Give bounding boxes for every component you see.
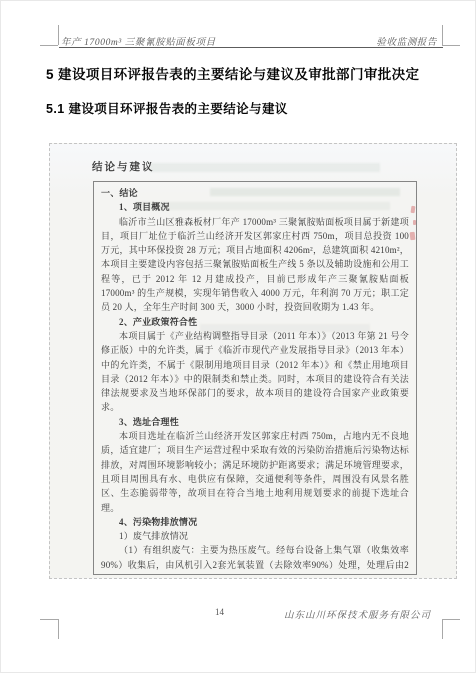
document-page: 年产 17000m³ 三聚氰胺贴面板项目 验收监测报告 5 建设项目环评报告表的… [0,0,476,673]
header-report-title: 验收监测报告 [376,34,437,48]
crop-mark-top-right-v [442,25,443,45]
paragraph-policy: 本项目属于《产业结构调整指导目录（2011 年本）》（2013 年第 21 号令… [101,329,409,415]
paragraph-siting: 本项目选址在临沂兰山经济开发区郭家庄村西 750m，占地内无不良地质，适宜建厂；… [101,429,409,515]
crop-mark-top-right-h [442,45,460,46]
crop-mark-top-left-h [40,45,58,46]
item-heading-overview: 1、项目概况 [101,200,409,214]
crop-mark-bottom-left-v [58,619,59,639]
footer-page-number: 14 [215,607,224,617]
crop-mark-bottom-right-v [442,619,443,639]
bleedthrough-artifact [150,163,380,172]
paragraph-organized-gas: （1）有组织废气：主要为热压废气。经每台设备上集气罩（收集效率90%）收集后，由… [101,543,409,575]
item-heading-pollutants: 4、污染物排放情况 [101,515,409,529]
header-project-title: 年产 17000m³ 三聚氰胺贴面板项目 [61,34,216,48]
scanned-conclusion-image: 结论与建议 一、结论 1、项目概况 临沂市兰山区雅森板材厂年产 17000m³ … [49,143,457,579]
conclusion-heading: 一、结论 [101,186,409,200]
item-heading-siting: 3、选址合理性 [101,415,409,429]
scan-title: 结论与建议 [92,159,155,174]
paragraph-overview: 临沂市兰山区雅森板材厂年产 17000m³ 三聚氰胺贴面板项目属于新建项目，项目… [101,215,409,315]
conclusion-box: 一、结论 1、项目概况 临沂市兰山区雅森板材厂年产 17000m³ 三聚氰胺贴面… [93,181,417,575]
item-heading-policy: 2、产业政策符合性 [101,315,409,329]
header-rule [59,47,443,48]
section-heading: 5 建设项目环评报告表的主要结论与建议及审批部门审批决定 [46,63,446,83]
crop-mark-bottom-left-h [40,619,58,620]
crop-mark-bottom-right-h [442,619,460,620]
subsection-heading: 5.1 建设项目环评报告表的主要结论与建议 [46,99,446,117]
crop-mark-top-left-v [58,25,59,45]
subitem-waste-gas: 1）废气排放情况 [101,529,409,543]
footer-company-name: 山东山川环保技术服务有限公司 [284,607,431,621]
